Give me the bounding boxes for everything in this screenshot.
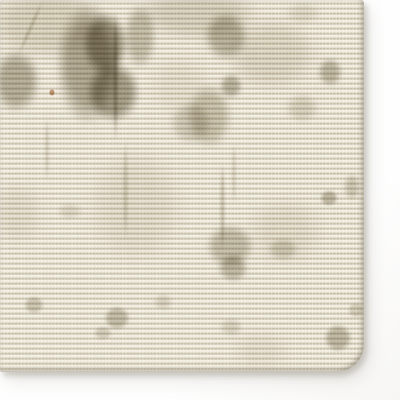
rug-pattern-blotch — [170, 102, 212, 144]
rug-pattern-blotch — [124, 4, 156, 68]
rug-pattern-blotch — [248, 198, 323, 266]
rug-pattern-blotch — [88, 148, 183, 263]
rug-pattern-blotch — [56, 4, 120, 124]
rug-pattern-blotch — [324, 324, 352, 352]
rug-pattern-blotch — [0, 50, 40, 112]
rug-corner — [0, 0, 364, 372]
rug-pattern-blotch — [220, 163, 225, 251]
rug-pattern-blotch — [94, 326, 112, 340]
rug-pattern-blotch — [82, 12, 128, 76]
rug-pattern-blotch — [286, 2, 320, 24]
rug-pattern-blotch — [154, 294, 172, 310]
rug-pattern-blotch — [344, 174, 360, 200]
rug-pattern-blotch — [286, 94, 318, 122]
photo-canvas — [0, 0, 400, 400]
rug-pattern-blotch — [218, 254, 248, 282]
rug-pattern-blotch — [226, 18, 318, 90]
rug-pattern-blotch — [0, 0, 108, 58]
rug-pattern-blotch — [150, 56, 210, 116]
rug-pattern-blotch — [220, 74, 242, 98]
rug-pattern-blotch — [0, 182, 42, 244]
rug-pattern-blotch — [113, 10, 118, 142]
rug-pattern-blotch — [268, 238, 298, 260]
rug-pattern-blotch — [86, 62, 140, 122]
rug-pattern-blotch — [17, 0, 44, 56]
rug-pattern-blotch — [45, 118, 49, 180]
rug-pattern-blotch — [138, 0, 258, 40]
rug-pattern-blotch — [123, 138, 128, 240]
rug-pattern-blotch — [320, 190, 338, 206]
rug-pattern-blotch — [232, 143, 236, 205]
rug-pattern-blotch — [206, 224, 254, 268]
rug-pattern-blotch — [104, 306, 130, 330]
rug-pattern-blotch — [49, 89, 55, 96]
rug-pattern-blotch — [24, 296, 44, 314]
rug-distressed-pattern — [0, 0, 364, 372]
rug-pattern-blotch — [348, 302, 364, 318]
rug-edge-shading — [0, 0, 364, 372]
rug-pattern-blotch — [186, 84, 232, 148]
rug-pattern-blotch — [220, 318, 242, 336]
rug-pattern-blotch — [232, 332, 290, 368]
rug-pattern-blotch — [318, 58, 342, 86]
rug-pattern-blotch — [58, 203, 82, 219]
rug-pattern-blotch — [204, 12, 248, 60]
